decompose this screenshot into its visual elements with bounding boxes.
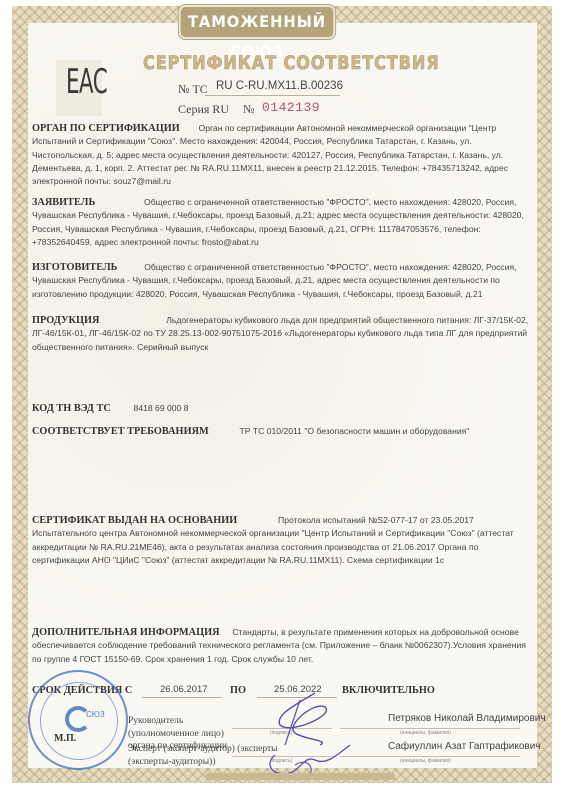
section-heading: ДОПОЛНИТЕЛЬНАЯ ИНФОРМАЦИЯ bbox=[32, 627, 220, 638]
section-heading: ИЗГОТОВИТЕЛЬ bbox=[32, 262, 117, 273]
customs-union-banner: ТАМОЖЕННЫЙ СОЮЗ bbox=[179, 5, 335, 39]
section-text: Льдогенераторы кубикового льда для предп… bbox=[32, 315, 528, 352]
section-conformity: СООТВЕТСТВУЕТ ТРЕБОВАНИЯМ ТР ТС 010/2011… bbox=[32, 425, 532, 438]
footer-microtext-strip bbox=[205, 773, 395, 780]
head-name: Петряков Николай Владимирович bbox=[388, 713, 546, 724]
section-certification-body: ОРГАН ПО СЕРТИФИКАЦИИ Орган по сертифика… bbox=[32, 122, 532, 188]
certificate-title: СЕРТИФИКАТ СООТВЕТСТВИЯ bbox=[143, 52, 439, 74]
section-hs-code: КОД ТН ВЭД ТС 8418 69 000 8 bbox=[32, 402, 532, 415]
validity-date-from: 26.06.2017 bbox=[160, 684, 208, 695]
validity-to-label: ПО bbox=[230, 685, 246, 696]
section-heading: КОД ТН ВЭД ТС bbox=[32, 403, 111, 414]
section-issued-basis: СЕРТИФИКАТ ВЫДАН НА ОСНОВАНИИ Протокола … bbox=[32, 514, 532, 567]
seal-place-label: М.П. bbox=[54, 733, 76, 744]
section-text: Общество с ограниченной ответственностью… bbox=[32, 197, 524, 247]
handwritten-signature-icon bbox=[255, 685, 365, 785]
date-from-underline bbox=[142, 697, 222, 698]
expert-name-line bbox=[340, 756, 520, 757]
seal-stamp-icon: СЮЗ bbox=[28, 670, 128, 770]
stamp-text: СЮЗ bbox=[86, 710, 105, 719]
series-number-sign: № bbox=[243, 102, 254, 117]
expert-name: Сафиуллин Азат Гаптрафикович bbox=[388, 741, 541, 752]
series-number: 0142139 bbox=[262, 100, 320, 115]
section-text: 8418 69 000 8 bbox=[134, 403, 189, 413]
section-heading: ПРОДУКЦИЯ bbox=[32, 315, 99, 326]
section-product: ПРОДУКЦИЯ Льдогенераторы кубикового льда… bbox=[32, 314, 532, 354]
head-name-caption: (инициалы, фамилия) bbox=[400, 730, 451, 736]
section-heading: ЗАЯВИТЕЛЬ bbox=[32, 197, 95, 208]
section-additional-info: ДОПОЛНИТЕЛЬНАЯ ИНФОРМАЦИЯ Стандарты, в р… bbox=[32, 626, 532, 666]
tc-number: RU C-RU.MX11.B.00236 bbox=[216, 80, 343, 92]
section-manufacturer: ИЗГОТОВИТЕЛЬ Общество с ограниченной отв… bbox=[32, 261, 532, 301]
section-heading: СООТВЕТСТВУЕТ ТРЕБОВАНИЯМ bbox=[32, 426, 209, 437]
tc-underline bbox=[205, 95, 340, 96]
section-heading: ОРГАН ПО СЕРТИФИКАЦИИ bbox=[32, 123, 180, 134]
section-heading: СЕРТИФИКАТ ВЫДАН НА ОСНОВАНИИ bbox=[32, 515, 237, 526]
tc-label: № ТС bbox=[178, 82, 208, 97]
section-applicant: ЗАЯВИТЕЛЬ Общество с ограниченной ответс… bbox=[32, 196, 532, 249]
series-label: Серия RU bbox=[178, 102, 229, 117]
expert-name-caption: (инициалы, фамилия) bbox=[400, 758, 451, 764]
section-text: ТР ТС 010/2011 "О безопасности машин и о… bbox=[240, 426, 470, 436]
head-name-line bbox=[340, 728, 520, 729]
eac-logo-icon: ЕАС bbox=[66, 62, 107, 102]
